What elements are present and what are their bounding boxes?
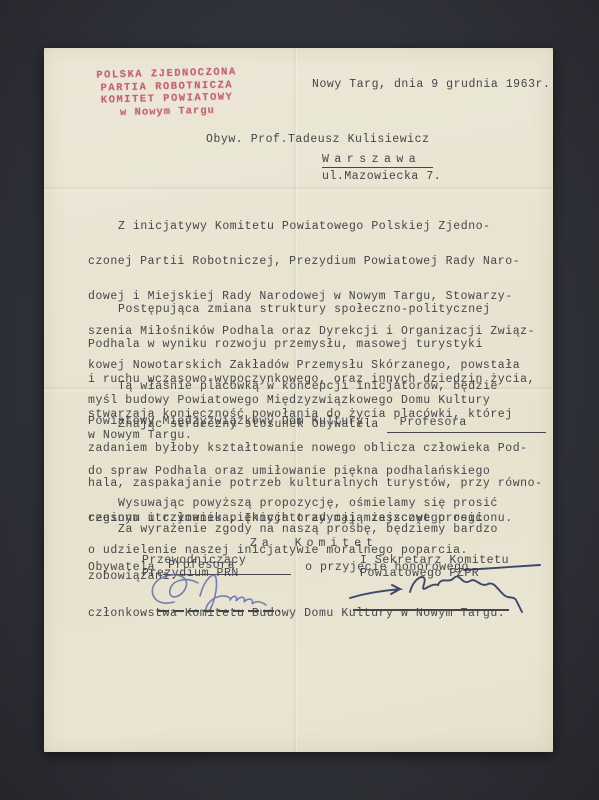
signature-right-ink <box>344 560 554 616</box>
signature-underline-right <box>353 609 509 611</box>
addressee-block: Obyw. Prof.Tadeusz Kulisiewicz Warszawa … <box>206 133 441 183</box>
letter-paper: POLSKA ZJEDNOCZONA PARTIA ROBOTNICZA KOM… <box>44 48 553 752</box>
body-line: Za wyrażenie zgody na naszą prośbę, będz… <box>88 522 546 538</box>
addressee-city: Warszawa <box>322 153 433 168</box>
body-line: Podhala w wyniku rozwoju przemysłu, maso… <box>88 339 546 351</box>
body-line: Z inicjatywy Komitetu Powiatowego Polski… <box>88 221 546 233</box>
party-letterhead-stamp: POLSKA ZJEDNOCZONA PARTIA ROBOTNICZA KOM… <box>77 66 256 120</box>
body-line: Postępująca zmiana struktury społeczno-p… <box>88 304 546 316</box>
date-line: Nowy Targ, dnia 9 grudnia 1963r. <box>312 78 550 91</box>
closing-za-komitet: Za Komitet <box>250 537 378 550</box>
signature-underline-left <box>158 610 280 612</box>
signer-left-title-1: Przewodniczący <box>142 555 246 568</box>
signature-left-ink <box>144 568 284 616</box>
filled-blank-professor-1: Profesora <box>387 415 546 433</box>
photo-background: POLSKA ZJEDNOCZONA PARTIA ROBOTNICZA KOM… <box>0 0 599 800</box>
body-line-with-blank: Znając serdeczny stosunek Obywatela Prof… <box>88 415 546 433</box>
body-line: czonej Partii Robotniczej, Prezydium Pow… <box>88 256 546 268</box>
fold-crease-horizontal-top <box>44 186 553 192</box>
addressee-street: ul.Mazowiecka 7. <box>322 170 441 183</box>
body-text: Znając serdeczny stosunek Obywatela <box>118 417 379 433</box>
addressee-name: Obyw. Prof.Tadeusz Kulisiewicz <box>206 133 441 146</box>
